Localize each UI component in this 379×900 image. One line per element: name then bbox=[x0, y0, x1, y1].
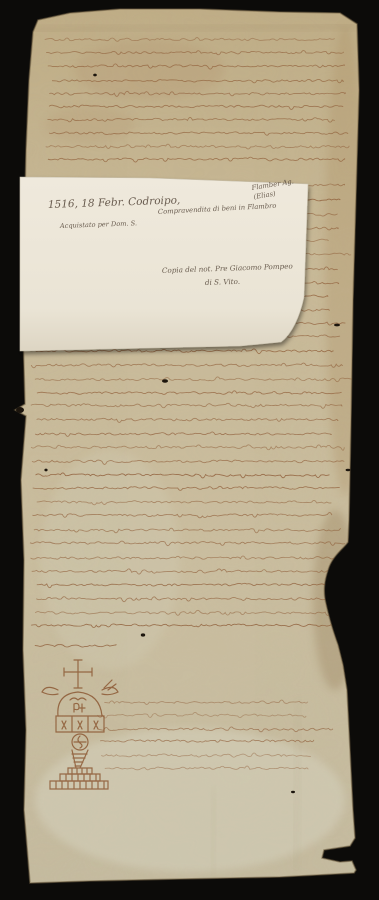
manuscript-photo: 1516, 18 Febr. Codroipo, Compravendita d… bbox=[0, 0, 379, 900]
parchment-texture bbox=[10, 0, 370, 900]
parchment-sheet bbox=[10, 0, 370, 900]
archival-note: 1516, 18 Febr. Codroipo, Compravendita d… bbox=[20, 177, 308, 351]
manuscript-scene: 1516, 18 Febr. Codroipo, Compravendita d… bbox=[0, 0, 379, 900]
note-notary-line2: di S. Vito. bbox=[205, 277, 240, 287]
